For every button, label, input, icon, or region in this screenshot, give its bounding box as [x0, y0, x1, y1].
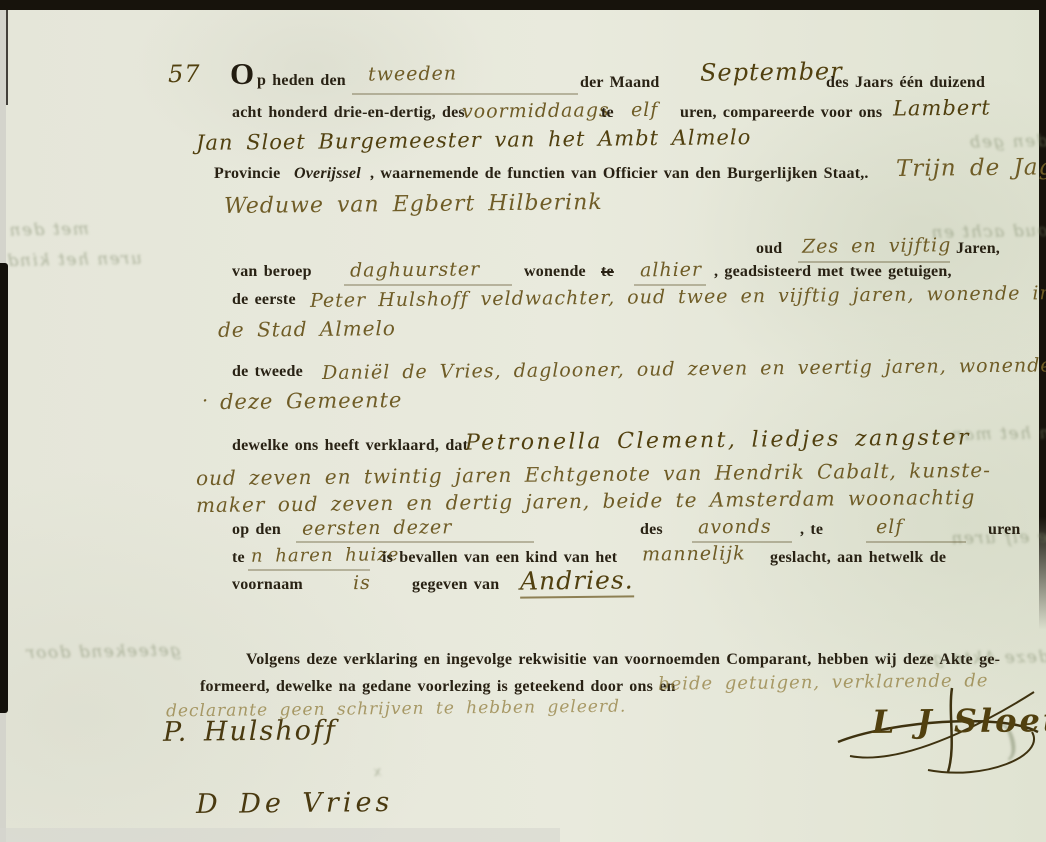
form-text-voornaam: voornaam: [232, 576, 303, 594]
signature-witness2: D De Vries: [196, 787, 394, 820]
entry-declarant-name: Trijn de Jager: [896, 154, 1046, 182]
entry-witness1-residence: de Stad Almelo: [218, 316, 396, 342]
form-text-de-tweede: de tweede: [232, 363, 303, 381]
entry-birth-hour: elf: [876, 516, 904, 538]
form-text-dewelke-verklaard: dewelke ons heeft verklaard, dat: [232, 437, 468, 455]
closing-paragraph-line1: Volgens deze verklaring en ingevolge rek…: [246, 651, 1000, 669]
form-text-geslacht: geslacht, aan hetwelk de: [770, 549, 946, 567]
form-text-uren: uren: [988, 521, 1021, 539]
form-fill-line: [866, 541, 966, 543]
form-text-oud: oud: [756, 240, 782, 258]
entry-residence: alhier: [640, 259, 702, 282]
scan-edge-bottom: [0, 828, 560, 842]
bleedthrough-fragment: met den: [8, 219, 89, 240]
entry-daypart: voormiddaags: [462, 99, 610, 123]
form-text-komma-te: , te: [800, 521, 823, 539]
entry-declarant-age: Zes en vijftig: [802, 234, 952, 258]
entry-birth-daypart: avonds: [698, 516, 772, 539]
entry-is: is: [353, 572, 371, 594]
scan-edge-left-line: [6, 10, 8, 105]
form-text-de-eerste: de eerste: [232, 291, 296, 309]
form-text-van-beroep: van beroep: [232, 263, 312, 281]
bleedthrough-mark: x: [372, 764, 382, 780]
entry-parents-details-2: maker oud zeven en dertig jaren, beide t…: [196, 485, 976, 517]
bleedthrough-fragment: den geb: [968, 131, 1046, 152]
form-text-te-prefix: te: [232, 549, 245, 567]
entry-mother-name: Petronella Clement, liedjes zangster: [465, 425, 971, 455]
form-text-des: des: [640, 521, 663, 539]
entry-declarant-relation: Weduwe van Egbert Hilberink: [224, 190, 603, 219]
form-text-des-jaars: des Jaars één duizend: [826, 74, 985, 92]
form-dropcap-o: O: [230, 56, 254, 92]
form-text-compareerde: uren, compareerde voor ons: [680, 104, 882, 122]
form-text-wonende: wonende: [524, 263, 586, 281]
form-text-overijssel: Overijssel: [294, 165, 361, 183]
bleedthrough-fragment: uren het kind: [6, 249, 142, 271]
form-text-jaren: Jaren,: [956, 240, 1000, 258]
entry-official-firstname: Lambert: [893, 95, 991, 120]
entry-month: September: [700, 57, 843, 86]
entry-official-name-title: Jan Sloet Burgemeester van het Ambt Alme…: [196, 125, 752, 155]
form-text-gegeven-van: gegeven van: [412, 576, 499, 594]
entry-witness2-residence: deze Gemeente: [220, 388, 403, 414]
entry-birth-date: eersten dezer: [302, 516, 452, 540]
entry-witness2-details: Daniël de Vries, daglooner, oud zeven en…: [322, 354, 1046, 384]
form-text-waarnemende: , waarnemende de functien van Officier v…: [370, 165, 869, 183]
act-number: 57: [168, 60, 201, 88]
entry-child-name: Andries.: [520, 565, 634, 598]
form-text-acht-honderd: acht honderd drie-en-dertig, des: [232, 104, 465, 122]
form-text-op-den: op den: [232, 521, 281, 539]
entry-day: tweeden: [368, 63, 457, 86]
signature-official: L J Sloet: [872, 701, 1046, 741]
signature-witness1: P. Hulshoff: [163, 715, 337, 748]
form-text-der-maand: der Maand: [580, 74, 660, 92]
closing-paragraph-line2: formeerd, dewelke na gedane voorlezing i…: [200, 678, 676, 696]
form-fill-line: [344, 284, 512, 286]
birth-certificate-scan: den geb oud acht en met den uren het kin…: [0, 0, 1046, 842]
form-text-te: te: [601, 104, 614, 122]
stray-ink-dot: ·: [202, 390, 209, 412]
entry-birth-place: n haren huize: [251, 544, 400, 567]
form-fill-line: [248, 569, 370, 571]
entry-witness1-details: Peter Hulshoff veldwachter, oud twee en …: [310, 282, 1046, 312]
form-text-provincie: Provincie: [214, 165, 280, 183]
form-text-te-struck: te: [601, 263, 614, 281]
entry-hour: elf: [631, 99, 659, 121]
form-text-op-heden-den: p heden den: [257, 72, 346, 90]
scan-edge-top: [0, 0, 1046, 10]
entry-child-gender: mannelijk: [642, 542, 746, 565]
form-text-geadsisteerd: , geadsisteerd met twee getuigen,: [714, 263, 952, 281]
form-fill-line: [296, 541, 534, 543]
scan-edge-left-dark-strip: [0, 263, 8, 713]
form-fill-line: [352, 93, 578, 95]
bleedthrough-fragment: geteekend door: [25, 641, 181, 664]
entry-declarant-occupation: daghuurster: [350, 258, 480, 281]
form-text-is-bevallen: is bevallen van een kind van het: [382, 549, 617, 567]
